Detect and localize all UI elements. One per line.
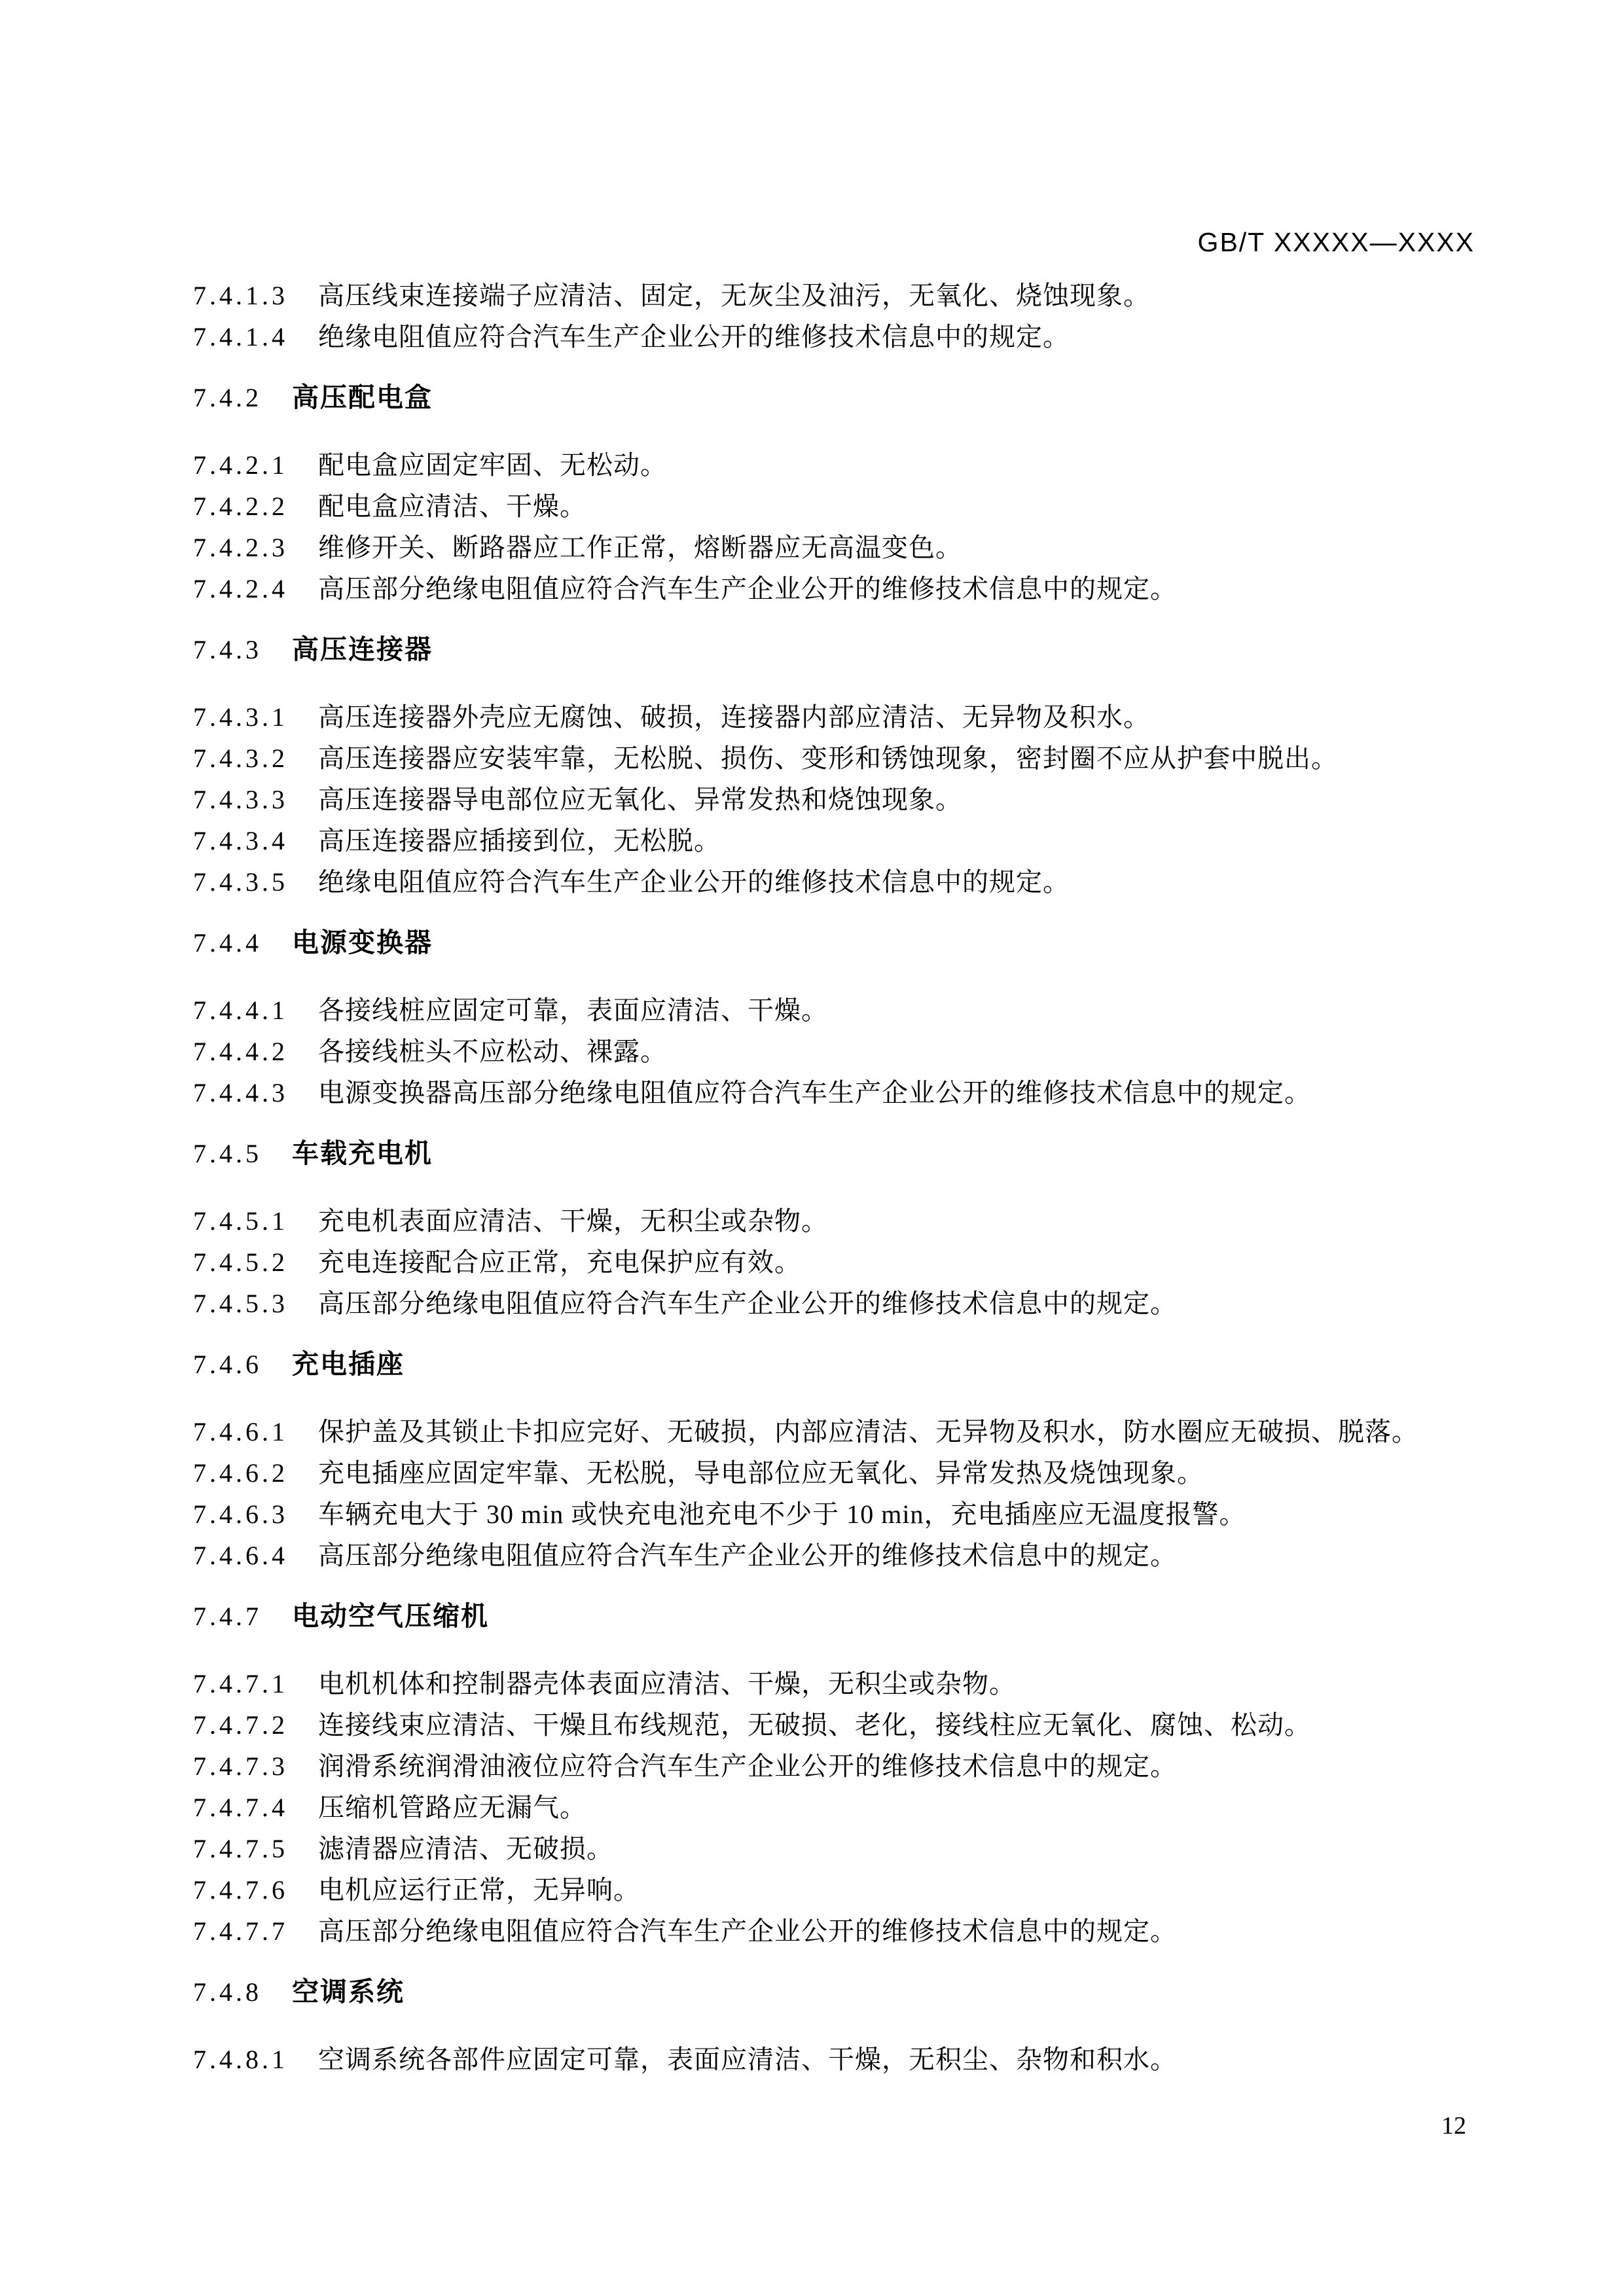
clause-text: 维修开关、断路器应工作正常，熔断器应无高温变色。: [318, 533, 962, 562]
section-number: 7.4.2: [193, 383, 262, 412]
clause-text: 润滑系统润滑油液位应符合汽车生产企业公开的维修技术信息中的规定。: [318, 1751, 1177, 1781]
clause-row: 7.4.2.3维修开关、断路器应工作正常，熔断器应无高温变色。: [193, 527, 1509, 568]
section-number: 7.4.7: [193, 1602, 262, 1631]
clause-number: 7.4.7.1: [193, 1669, 288, 1698]
clause-number: 7.4.7.4: [193, 1793, 288, 1822]
clause-text: 高压线束连接端子应清洁、固定，无灰尘及油污，无氧化、烧蚀现象。: [318, 281, 1150, 310]
section-heading-row: 7.4.2高压配电盒: [193, 377, 1509, 418]
clause-text: 连接线束应清洁、干燥且布线规范，无破损、老化，接线柱应无氧化、腐蚀、松动。: [318, 1710, 1311, 1740]
clause-text: 绝缘电阻值应符合汽车生产企业公开的维修技术信息中的规定。: [318, 322, 1070, 351]
clause-row: 7.4.1.3高压线束连接端子应清洁、固定，无灰尘及油污，无氧化、烧蚀现象。: [193, 275, 1509, 316]
clause-number: 7.4.3.2: [193, 744, 288, 773]
clause-row: 7.4.2.2配电盒应清洁、干燥。: [193, 486, 1509, 527]
section-title: 电动空气压缩机: [292, 1601, 489, 1631]
page-number: 12: [1441, 2112, 1466, 2140]
clause-row: 7.4.4.2各接线桩头不应松动、裸露。: [193, 1031, 1509, 1072]
clause-row: 7.4.7.7高压部分绝缘电阻值应符合汽车生产企业公开的维修技术信息中的规定。: [193, 1910, 1509, 1952]
clause-text: 高压部分绝缘电阻值应符合汽车生产企业公开的维修技术信息中的规定。: [318, 574, 1177, 603]
clause-number: 7.4.2.4: [193, 574, 288, 603]
clause-row: 7.4.7.2连接线束应清洁、干燥且布线规范，无破损、老化，接线柱应无氧化、腐蚀…: [193, 1704, 1509, 1746]
clause-row: 7.4.5.2充电连接配合应正常，充电保护应有效。: [193, 1242, 1509, 1283]
clause-row: 7.4.5.1充电机表面应清洁、干燥，无积尘或杂物。: [193, 1200, 1509, 1242]
clause-number: 7.4.3.4: [193, 826, 288, 855]
clause-number: 7.4.4.1: [193, 996, 288, 1025]
section-number: 7.4.3: [193, 635, 262, 664]
section-heading-row: 7.4.7电动空气压缩机: [193, 1596, 1509, 1637]
clause-number: 7.4.5.3: [193, 1289, 288, 1318]
clause-row: 7.4.7.5滤清器应清洁、无破损。: [193, 1828, 1509, 1869]
clause-text: 高压连接器导电部位应无氧化、异常发热和烧蚀现象。: [318, 785, 962, 814]
clause-number: 7.4.1.4: [193, 322, 288, 351]
document-page: GB/T XXXXX—XXXX 7.4.1.3高压线束连接端子应清洁、固定，无灰…: [0, 0, 1624, 2296]
clause-number: 7.4.7.5: [193, 1834, 288, 1863]
clause-number: 7.4.2.2: [193, 492, 288, 521]
document-content: 7.4.1.3高压线束连接端子应清洁、固定，无灰尘及油污，无氧化、烧蚀现象。 7…: [193, 275, 1509, 2080]
clause-number: 7.4.7.6: [193, 1875, 288, 1905]
clause-number: 7.4.6.3: [193, 1499, 288, 1529]
clause-row: 7.4.6.4高压部分绝缘电阻值应符合汽车生产企业公开的维修技术信息中的规定。: [193, 1535, 1509, 1576]
clause-row: 7.4.7.3润滑系统润滑油液位应符合汽车生产企业公开的维修技术信息中的规定。: [193, 1746, 1509, 1787]
section-number: 7.4.6: [193, 1350, 262, 1379]
clause-number: 7.4.3.3: [193, 785, 288, 814]
clause-number: 7.4.8.1: [193, 2045, 288, 2074]
clause-row: 7.4.3.2高压连接器应安装牢靠，无松脱、损伤、变形和锈蚀现象，密封圈不应从护…: [193, 738, 1509, 779]
section-title: 高压连接器: [292, 634, 433, 664]
clause-text: 高压部分绝缘电阻值应符合汽车生产企业公开的维修技术信息中的规定。: [318, 1916, 1177, 1946]
section-title: 车载充电机: [292, 1138, 433, 1168]
clause-text: 空调系统各部件应固定可靠，表面应清洁、干燥，无积尘、杂物和积水。: [318, 2045, 1177, 2074]
clause-number: 7.4.7.2: [193, 1710, 288, 1740]
clause-row: 7.4.6.3车辆充电大于 30 min 或快充电池充电不少于 10 min，充…: [193, 1494, 1509, 1535]
page-footer: 12: [1441, 2111, 1466, 2140]
clause-row: 7.4.4.3电源变换器高压部分绝缘电阻值应符合汽车生产企业公开的维修技术信息中…: [193, 1072, 1509, 1113]
clause-row: 7.4.7.4压缩机管路应无漏气。: [193, 1787, 1509, 1828]
clause-row: 7.4.7.1电机机体和控制器壳体表面应清洁、干燥，无积尘或杂物。: [193, 1663, 1509, 1704]
section-heading-row: 7.4.5车载充电机: [193, 1133, 1509, 1174]
clause-number: 7.4.1.3: [193, 281, 288, 310]
clause-number: 7.4.3.5: [193, 867, 288, 897]
clause-row: 7.4.4.1各接线桩应固定可靠，表面应清洁、干燥。: [193, 990, 1509, 1031]
clause-row: 7.4.8.1空调系统各部件应固定可靠，表面应清洁、干燥，无积尘、杂物和积水。: [193, 2039, 1509, 2080]
clause-row: 7.4.5.3高压部分绝缘电阻值应符合汽车生产企业公开的维修技术信息中的规定。: [193, 1283, 1509, 1324]
clause-text: 高压部分绝缘电阻值应符合汽车生产企业公开的维修技术信息中的规定。: [318, 1289, 1177, 1318]
section-heading-row: 7.4.3高压连接器: [193, 629, 1509, 670]
section-number: 7.4.5: [193, 1139, 262, 1168]
clause-number: 7.4.2.3: [193, 533, 288, 562]
clause-number: 7.4.6.1: [193, 1417, 288, 1446]
clause-row: 7.4.3.3高压连接器导电部位应无氧化、异常发热和烧蚀现象。: [193, 779, 1509, 820]
clause-number: 7.4.7.7: [193, 1916, 288, 1946]
clause-row: 7.4.6.2充电插座应固定牢靠、无松脱，导电部位应无氧化、异常发热及烧蚀现象。: [193, 1452, 1509, 1494]
standard-number: GB/T XXXXX—XXXX: [1198, 227, 1475, 257]
clause-text: 车辆充电大于 30 min 或快充电池充电不少于 10 min，充电插座应无温度…: [318, 1499, 1246, 1529]
clause-number: 7.4.5.2: [193, 1247, 288, 1277]
clause-number: 7.4.5.1: [193, 1206, 288, 1236]
section-title: 高压配电盒: [292, 382, 433, 412]
clause-text: 各接线桩应固定可靠，表面应清洁、干燥。: [318, 996, 828, 1025]
clause-text: 电源变换器高压部分绝缘电阻值应符合汽车生产企业公开的维修技术信息中的规定。: [318, 1078, 1311, 1107]
clause-text: 各接线桩头不应松动、裸露。: [318, 1037, 667, 1066]
clause-number: 7.4.2.1: [193, 450, 288, 480]
section-title: 电源变换器: [292, 927, 433, 958]
section-number: 7.4.8: [193, 1977, 262, 2007]
clause-number: 7.4.4.2: [193, 1037, 288, 1066]
clause-text: 保护盖及其锁止卡扣应完好、无破损，内部应清洁、无异物及积水，防水圈应无破损、脱落…: [318, 1417, 1418, 1446]
clause-row: 7.4.3.5绝缘电阻值应符合汽车生产企业公开的维修技术信息中的规定。: [193, 861, 1509, 903]
clause-number: 7.4.6.2: [193, 1458, 288, 1488]
clause-number: 7.4.6.4: [193, 1541, 288, 1570]
section-heading-row: 7.4.4电源变换器: [193, 922, 1509, 963]
clause-number: 7.4.4.3: [193, 1078, 288, 1107]
clause-text: 压缩机管路应无漏气。: [318, 1793, 586, 1822]
section-number: 7.4.4: [193, 928, 262, 958]
clause-row: 7.4.6.1保护盖及其锁止卡扣应完好、无破损，内部应清洁、无异物及积水，防水圈…: [193, 1411, 1509, 1452]
section-title: 空调系统: [292, 1977, 405, 2007]
clause-row: 7.4.1.4绝缘电阻值应符合汽车生产企业公开的维修技术信息中的规定。: [193, 316, 1509, 357]
clause-text: 配电盒应清洁、干燥。: [318, 492, 586, 521]
clause-row: 7.4.2.4高压部分绝缘电阻值应符合汽车生产企业公开的维修技术信息中的规定。: [193, 568, 1509, 609]
clause-text: 充电机表面应清洁、干燥，无积尘或杂物。: [318, 1206, 828, 1236]
clause-text: 充电连接配合应正常，充电保护应有效。: [318, 1247, 801, 1277]
clause-text: 滤清器应清洁、无破损。: [318, 1834, 613, 1863]
section-heading-row: 7.4.6充电插座: [193, 1344, 1509, 1385]
clause-text: 高压连接器应安装牢靠，无松脱、损伤、变形和锈蚀现象，密封圈不应从护套中脱出。: [318, 744, 1338, 773]
clause-row: 7.4.7.6电机应运行正常，无异响。: [193, 1869, 1509, 1910]
section-heading-row: 7.4.8空调系统: [193, 1971, 1509, 2013]
clause-text: 高压连接器应插接到位，无松脱。: [318, 826, 721, 855]
clause-row: 7.4.3.4高压连接器应插接到位，无松脱。: [193, 820, 1509, 861]
clause-text: 高压部分绝缘电阻值应符合汽车生产企业公开的维修技术信息中的规定。: [318, 1541, 1177, 1570]
clause-number: 7.4.3.1: [193, 702, 288, 732]
clause-text: 绝缘电阻值应符合汽车生产企业公开的维修技术信息中的规定。: [318, 867, 1070, 897]
clause-text: 高压连接器外壳应无腐蚀、破损，连接器内部应清洁、无异物及积水。: [318, 702, 1150, 732]
clause-number: 7.4.7.3: [193, 1751, 288, 1781]
section-title: 充电插座: [292, 1349, 405, 1379]
clause-text: 电机机体和控制器壳体表面应清洁、干燥，无积尘或杂物。: [318, 1669, 1016, 1698]
clause-row: 7.4.2.1配电盒应固定牢固、无松动。: [193, 444, 1509, 486]
clause-text: 充电插座应固定牢靠、无松脱，导电部位应无氧化、异常发热及烧蚀现象。: [318, 1458, 1204, 1488]
clause-text: 电机应运行正常，无异响。: [318, 1875, 640, 1905]
clause-text: 配电盒应固定牢固、无松动。: [318, 450, 667, 480]
clause-row: 7.4.3.1高压连接器外壳应无腐蚀、破损，连接器内部应清洁、无异物及积水。: [193, 696, 1509, 738]
